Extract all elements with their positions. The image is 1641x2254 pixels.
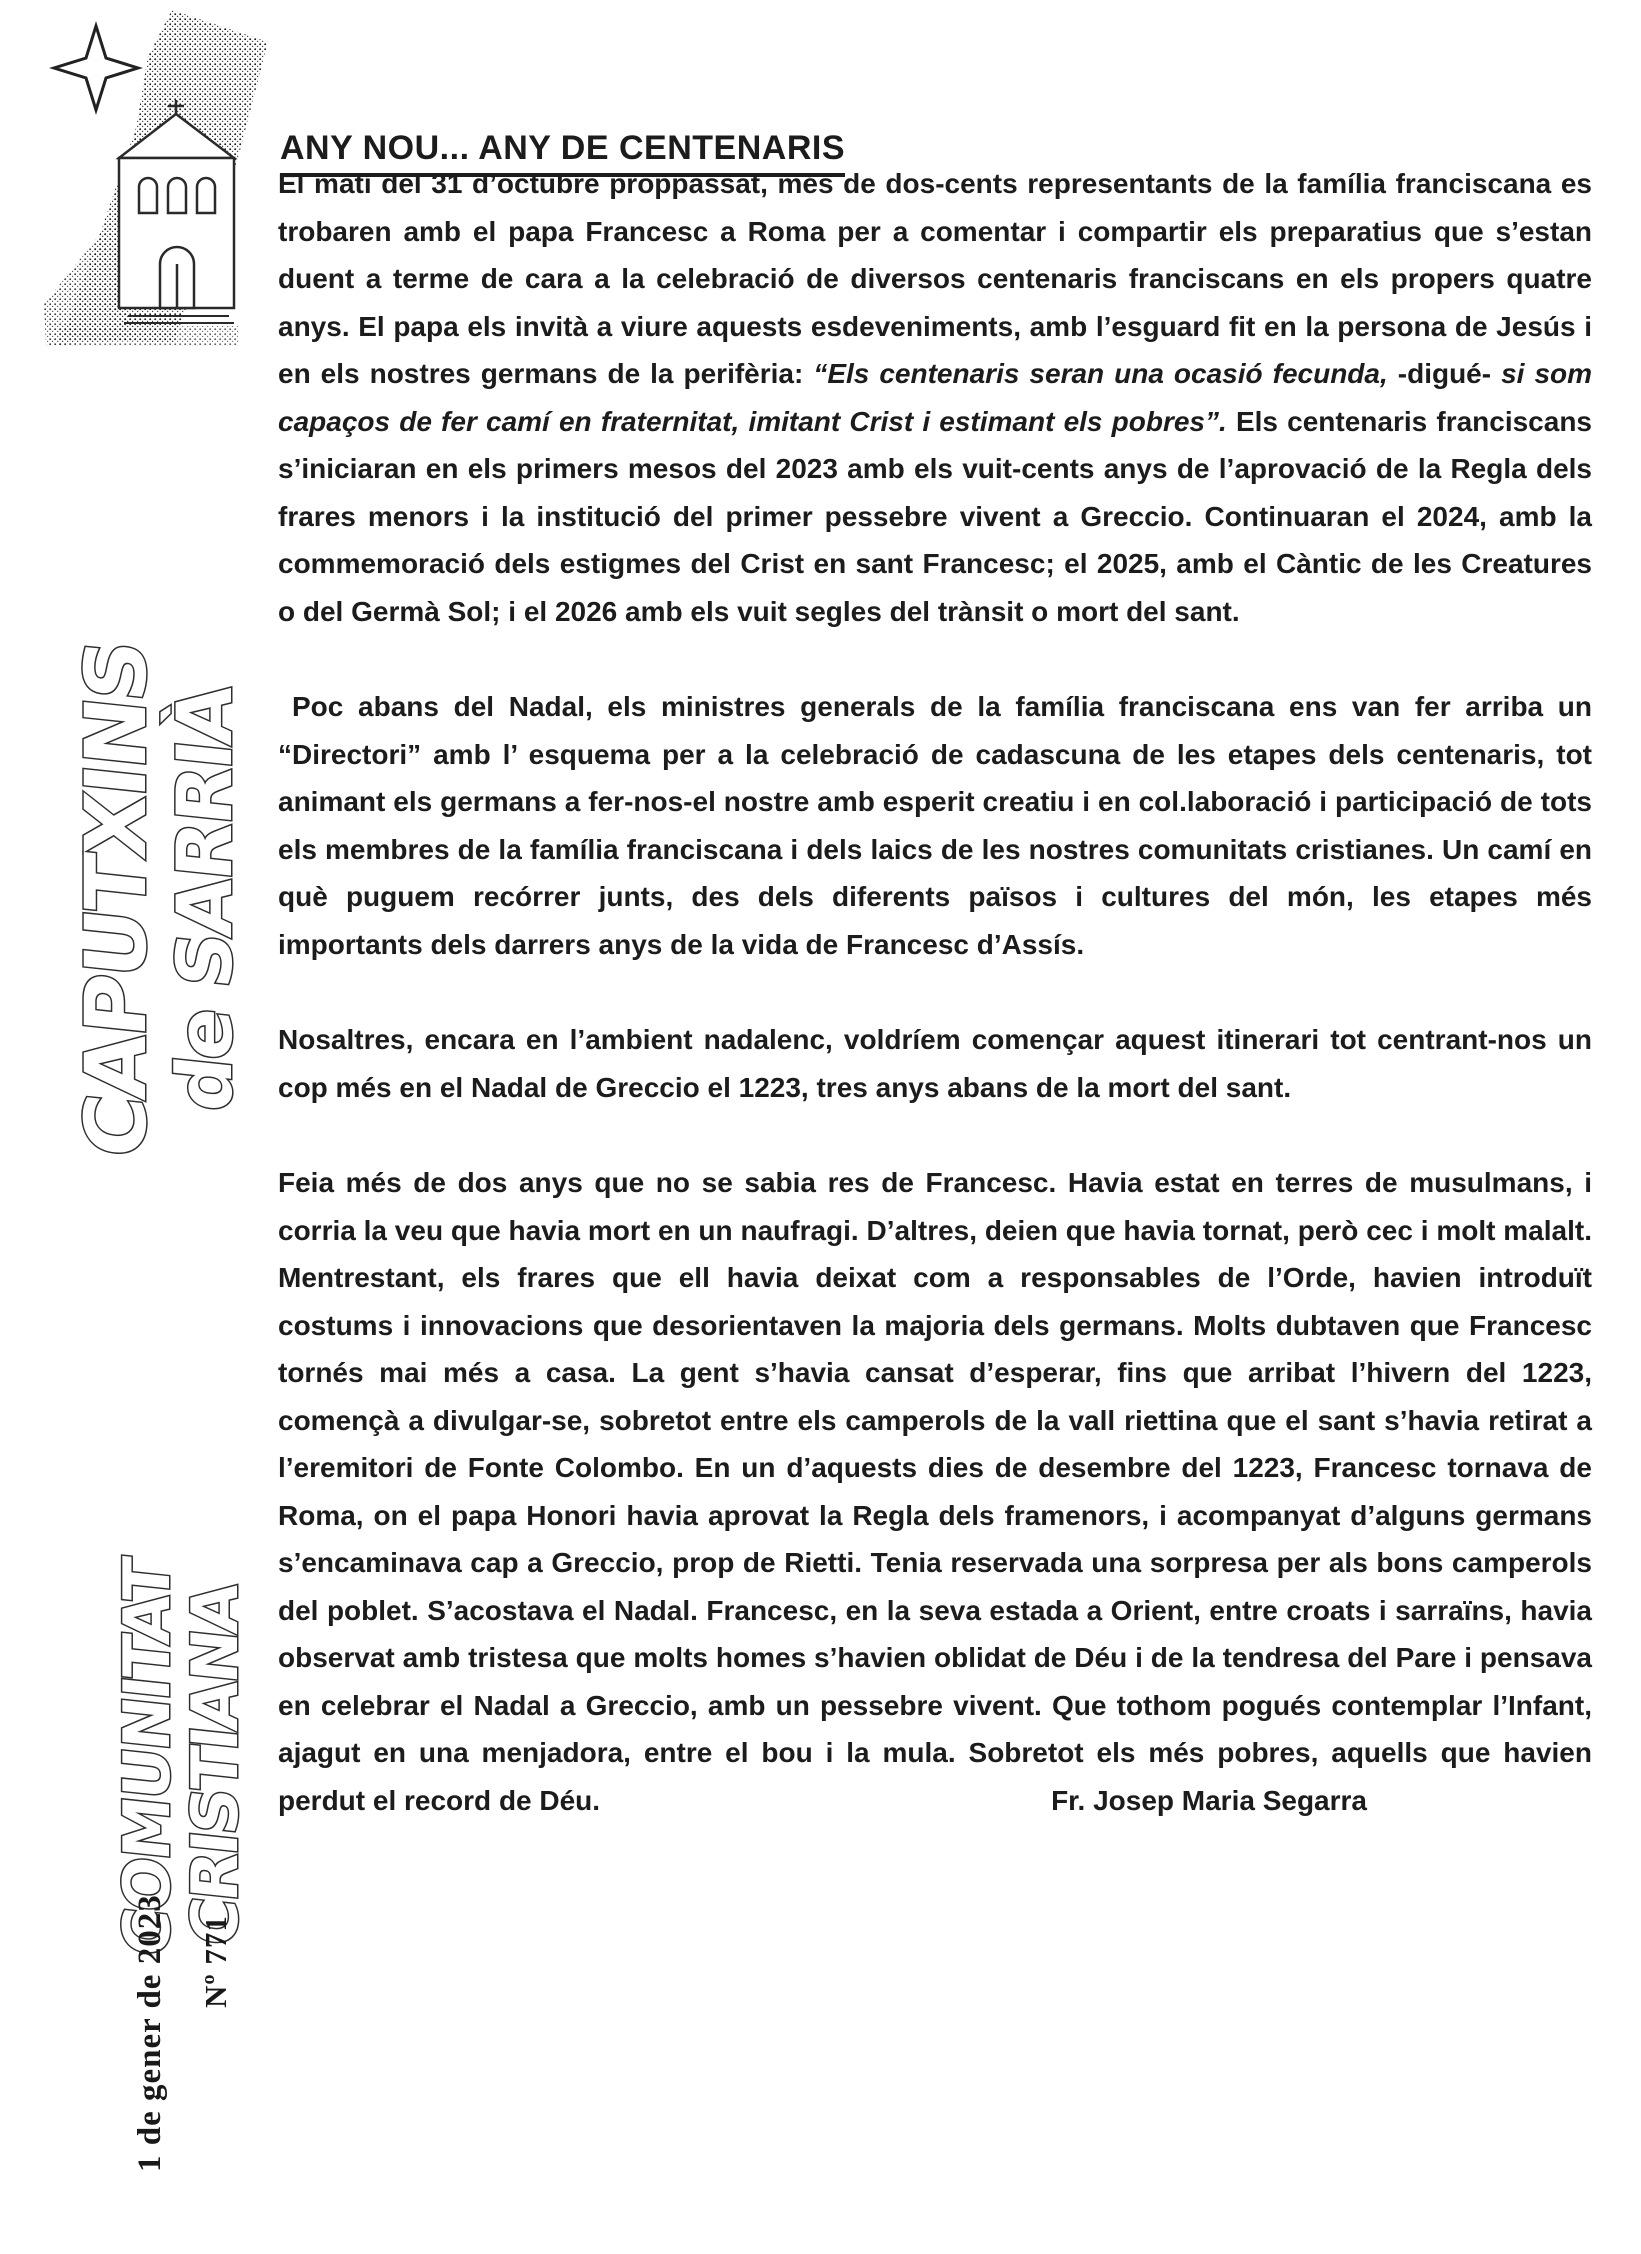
masthead-caputxins-sarria: CAPUTXINS de SARRIÀ bbox=[58, 618, 273, 1193]
issue-date: 1 de gener de 2023 bbox=[132, 1872, 169, 2172]
quote-text: “Els centenaris seran una ocasió fecunda… bbox=[813, 358, 1387, 389]
body-text: Els centenaris franciscans s’iniciaran e… bbox=[278, 406, 1592, 627]
article-body: El matí del 31 d’octubre proppassat, més… bbox=[278, 160, 1592, 1872]
nativity-chapel-etching bbox=[24, 8, 276, 350]
paragraph: Feia més de dos anys que no se sabia res… bbox=[278, 1159, 1592, 1824]
masthead-comunitat-cristiana: COMUNITAT CRISTIANA bbox=[86, 1525, 281, 2000]
body-text: El matí del 31 d’octubre proppassat, més… bbox=[278, 168, 1592, 389]
body-text: Feia més de dos anys que no se sabia res… bbox=[278, 1167, 1592, 1816]
scanned-newsletter-page: CAPUTXINS de SARRIÀ COMUNITAT CRISTIANA … bbox=[0, 0, 1641, 2254]
masthead-org-line1: CAPUTXINS bbox=[67, 638, 165, 1162]
four-point-star-icon bbox=[54, 26, 138, 110]
paragraph: Nosaltres, encara en l’ambient nadalenc,… bbox=[278, 1016, 1592, 1111]
body-text: Nosaltres, encara en l’ambient nadalenc,… bbox=[278, 1024, 1592, 1103]
body-text: -digué- bbox=[1388, 358, 1501, 389]
masthead-org-line2: de SARRIÀ bbox=[160, 680, 249, 1115]
author-signature: Fr. Josep Maria Segarra bbox=[1051, 1777, 1367, 1825]
ground-stipple bbox=[58, 326, 238, 346]
issue-number: Nº 771 bbox=[198, 1888, 234, 2008]
body-text: Poc abans del Nadal, els ministres gener… bbox=[278, 691, 1592, 960]
paragraph: Poc abans del Nadal, els ministres gener… bbox=[278, 683, 1592, 968]
paragraph: El matí del 31 d’octubre proppassat, més… bbox=[278, 160, 1592, 635]
